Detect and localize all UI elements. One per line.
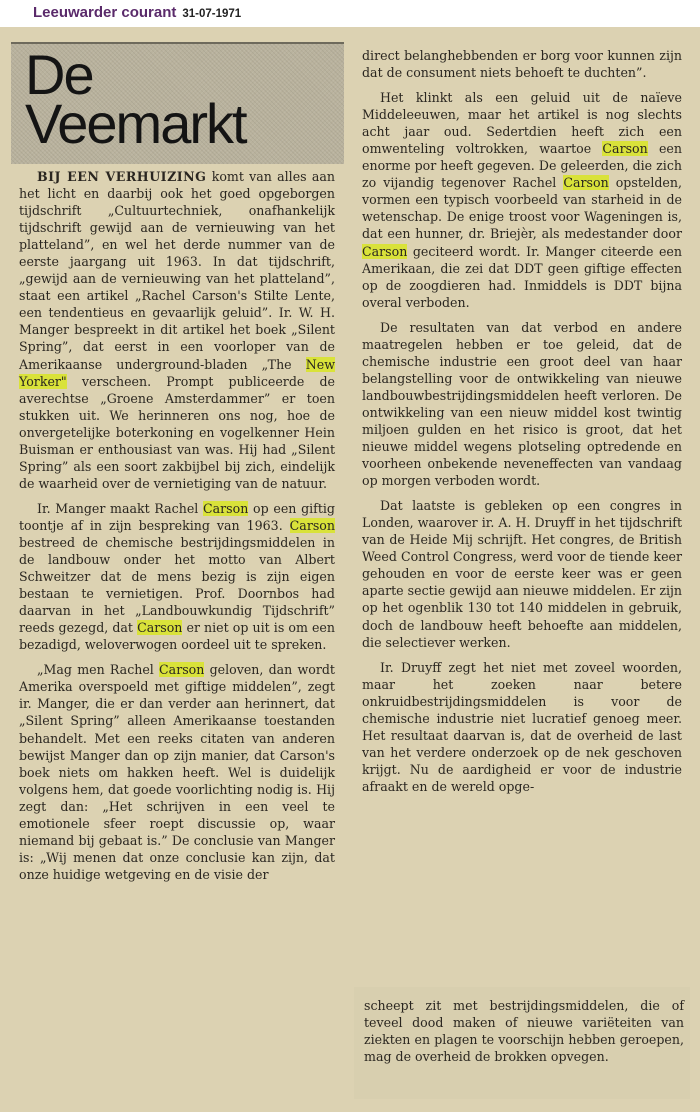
headline-line-2: Veemarkt [25, 92, 246, 155]
article-column-1: BIJ EEN VERHUIZING komt van alles aan he… [19, 168, 335, 891]
article-column-2: direct belanghebbenden er borg voor kunn… [362, 47, 682, 803]
highlighted-term: Carson [159, 662, 204, 677]
article-paragraph: Dat laatste is gebleken op een congres i… [362, 497, 682, 650]
highlighted-term: Carson [362, 244, 407, 259]
paragraph-text: geciteerd wordt. Ir. Manger citeerde een… [362, 244, 682, 310]
lead-paragraph: BIJ EEN VERHUIZING komt van alles aan he… [19, 168, 335, 492]
article-paragraph: scheept zit met bestrijdingsmiddelen, di… [364, 997, 684, 1065]
article-paragraph: „Mag men Rachel Carson geloven, dan word… [19, 661, 335, 883]
lead-text-after: verscheen. Prompt publiceerde de averech… [19, 374, 335, 491]
column-1-rest: Ir. Manger maakt Rachel Carson op een gi… [19, 500, 335, 883]
article-paragraph: direct belanghebbenden er borg voor kunn… [362, 47, 682, 81]
highlighted-term: Carson [203, 501, 248, 516]
lead-text: komt van alles aan het licht en daarbij … [19, 169, 335, 372]
top-bar: Leeuwarder courant31-07-1971 [0, 0, 700, 27]
publication-date: 31-07-1971 [182, 8, 241, 20]
newspaper-source: Leeuwarder courant31-07-1971 [33, 4, 241, 21]
highlighted-term: Carson [290, 518, 335, 533]
paragraph-text: Dat laatste is gebleken op een congres i… [362, 498, 682, 649]
newspaper-name: Leeuwarder courant [33, 4, 176, 21]
article-paragraph: Ir. Druyff zegt het niet met zoveel woor… [362, 659, 682, 795]
headline-box: De Veemarkt [11, 42, 344, 164]
article-paragraph: De resultaten van dat verbod en andere m… [362, 319, 682, 489]
paragraph-text: Ir. Druyff zegt het niet met zoveel woor… [362, 660, 682, 794]
highlighted-term: Carson [602, 141, 647, 156]
article-column-3: scheept zit met bestrijdingsmiddelen, di… [364, 997, 684, 1073]
lead-in: BIJ EEN VERHUIZING [37, 169, 206, 184]
highlighted-term: Carson [137, 620, 182, 635]
newspaper-clipping: De Veemarkt BIJ EEN VERHUIZING komt van … [0, 27, 700, 1112]
article-headline: De Veemarkt [25, 50, 246, 148]
paragraph-text: De resultaten van dat verbod en andere m… [362, 320, 682, 488]
paragraph-text: scheept zit met bestrijdingsmiddelen, di… [364, 998, 684, 1064]
paragraph-text: direct belanghebbenden er borg voor kunn… [362, 48, 682, 80]
paragraph-text: geloven, dan wordt Amerika overspoeld me… [19, 662, 335, 882]
highlighted-term: Carson [563, 175, 608, 190]
paragraph-text: Ir. Manger maakt Rachel [37, 501, 203, 516]
article-paragraph: Het klinkt als een geluid uit de naïeve … [362, 89, 682, 311]
paragraph-text: „Mag men Rachel [37, 662, 159, 677]
article-paragraph: Ir. Manger maakt Rachel Carson op een gi… [19, 500, 335, 653]
